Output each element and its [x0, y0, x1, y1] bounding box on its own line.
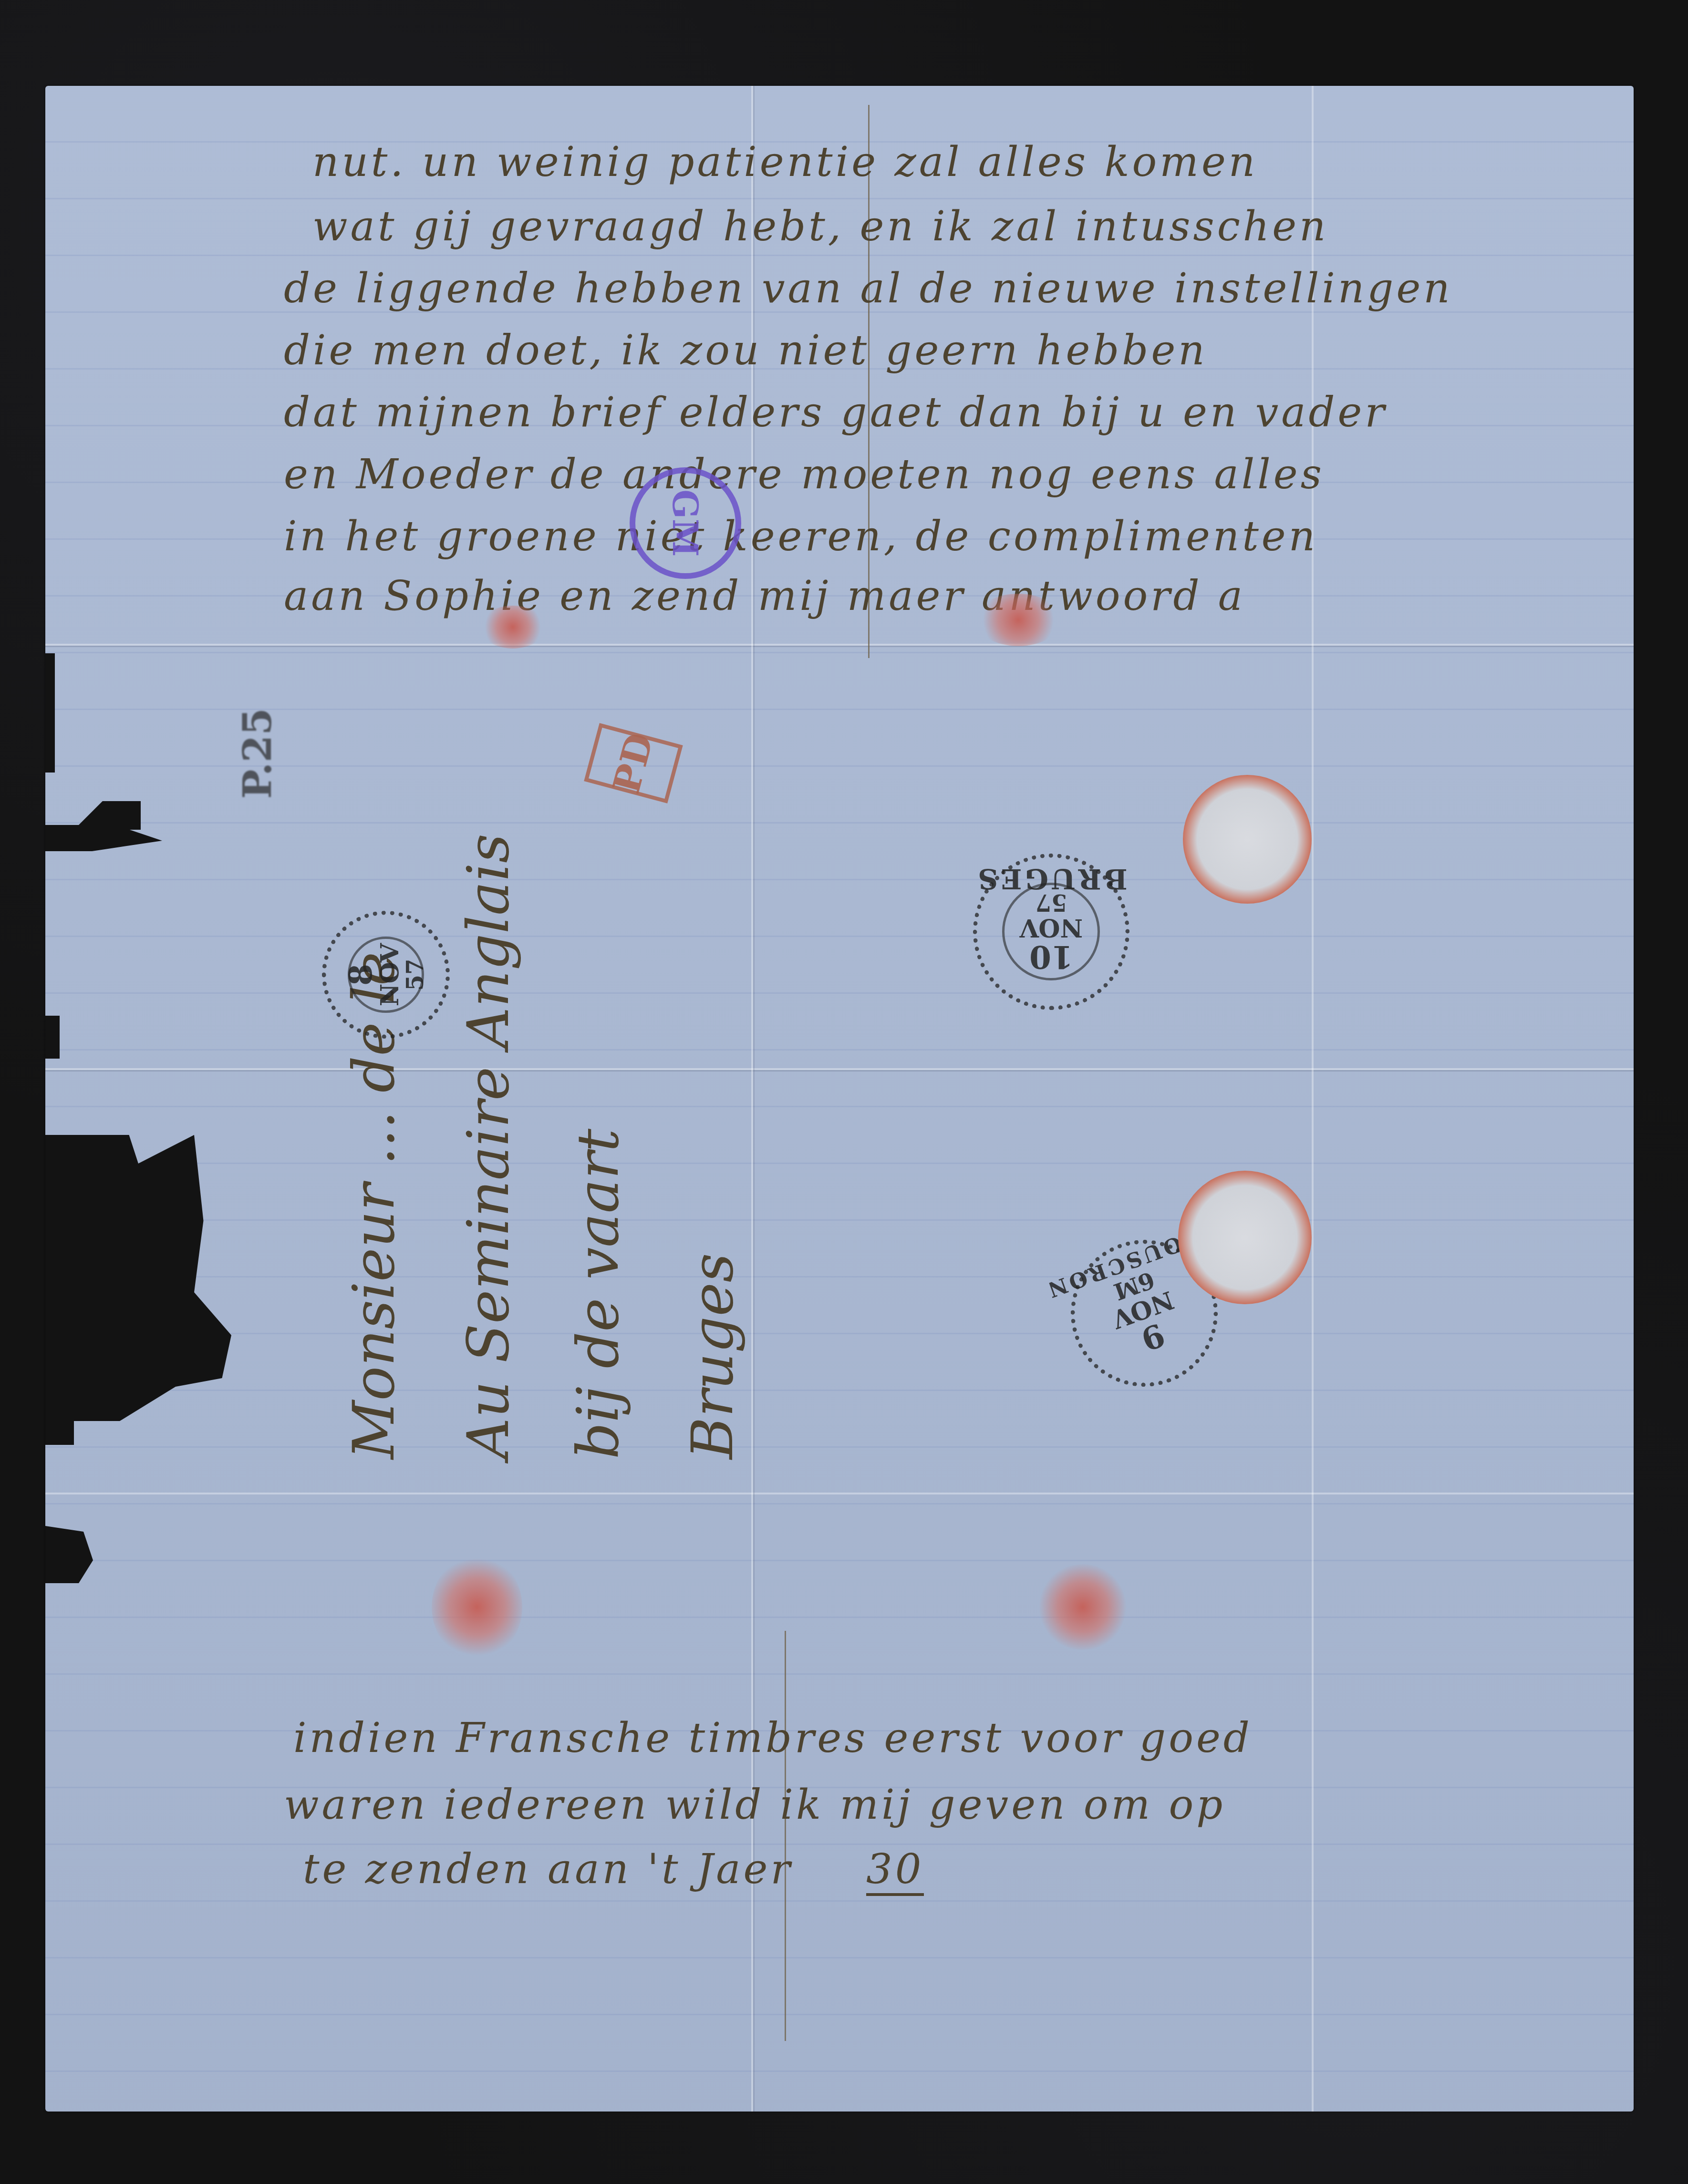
pd-mark-text: PD — [605, 729, 663, 798]
fold-shadow — [45, 646, 1634, 647]
letter-line: die men doet, ik zou niet geern hebben — [284, 327, 1208, 374]
fold-line — [45, 1493, 1634, 1494]
letter-line: dat mijnen brief elders gaet dan bij u e… — [284, 389, 1388, 436]
collection-stamp-text: GM — [665, 489, 706, 556]
wax-trace — [975, 594, 1061, 646]
letter-sheet: nut. un weinig patientie zal alles komen… — [45, 86, 1634, 2112]
letter-line-text: te zenden aan 't Jaer — [303, 1845, 793, 1893]
smudged-mark-text: P.25 — [235, 708, 280, 799]
wax-trace — [432, 1555, 522, 1659]
letter-line: te zenden aan 't Jaer 30 — [303, 1845, 924, 1893]
torn-edge — [45, 1016, 60, 1059]
transit-postmark: 8 NOV 57 — [322, 911, 450, 1039]
letter-line: en Moeder de andere moeten nog eens alle… — [284, 451, 1325, 498]
postmark-town: BRUGES — [975, 863, 1127, 895]
collection-stamp: GM — [630, 467, 741, 579]
letter-line: wat gij gevraagd hebt, en ik zal intussc… — [312, 203, 1328, 250]
address-line: Bruges — [680, 1253, 746, 1459]
letter-line: in het groene niet keeren, de compliment… — [284, 513, 1318, 560]
address-line: bij de vaart — [565, 1129, 632, 1459]
fold-shadow — [45, 1070, 1634, 1071]
ink-rule-line — [785, 1631, 786, 2041]
torn-edge — [45, 653, 55, 773]
wax-trace — [479, 606, 546, 649]
letter-line: nut. un weinig patientie zal alles komen — [312, 138, 1258, 186]
pd-mark: PD — [584, 723, 683, 804]
wax-seal-remnant — [1183, 775, 1312, 904]
bruges-postmark: BRUGES 10 NOV 57 — [973, 854, 1129, 1010]
smudged-postal-mark: P.25 — [176, 699, 339, 808]
letter-line: de liggende hebben van al de nieuwe inst… — [284, 265, 1453, 312]
address-line: Au Seminaire Anglais — [456, 834, 522, 1459]
letter-line: waren iedereen wild ik mij geven om op — [284, 1781, 1225, 1829]
wax-seal-remnant — [1178, 1171, 1312, 1304]
wax-trace — [1037, 1564, 1128, 1650]
underlined-amount: 30 — [866, 1845, 924, 1896]
torn-edge — [45, 1407, 74, 1445]
letter-line: indien Fransche timbres eerst voor goed — [293, 1714, 1253, 1762]
letter-line: aan Sophie en zend mij maer antwoord a — [284, 572, 1245, 620]
